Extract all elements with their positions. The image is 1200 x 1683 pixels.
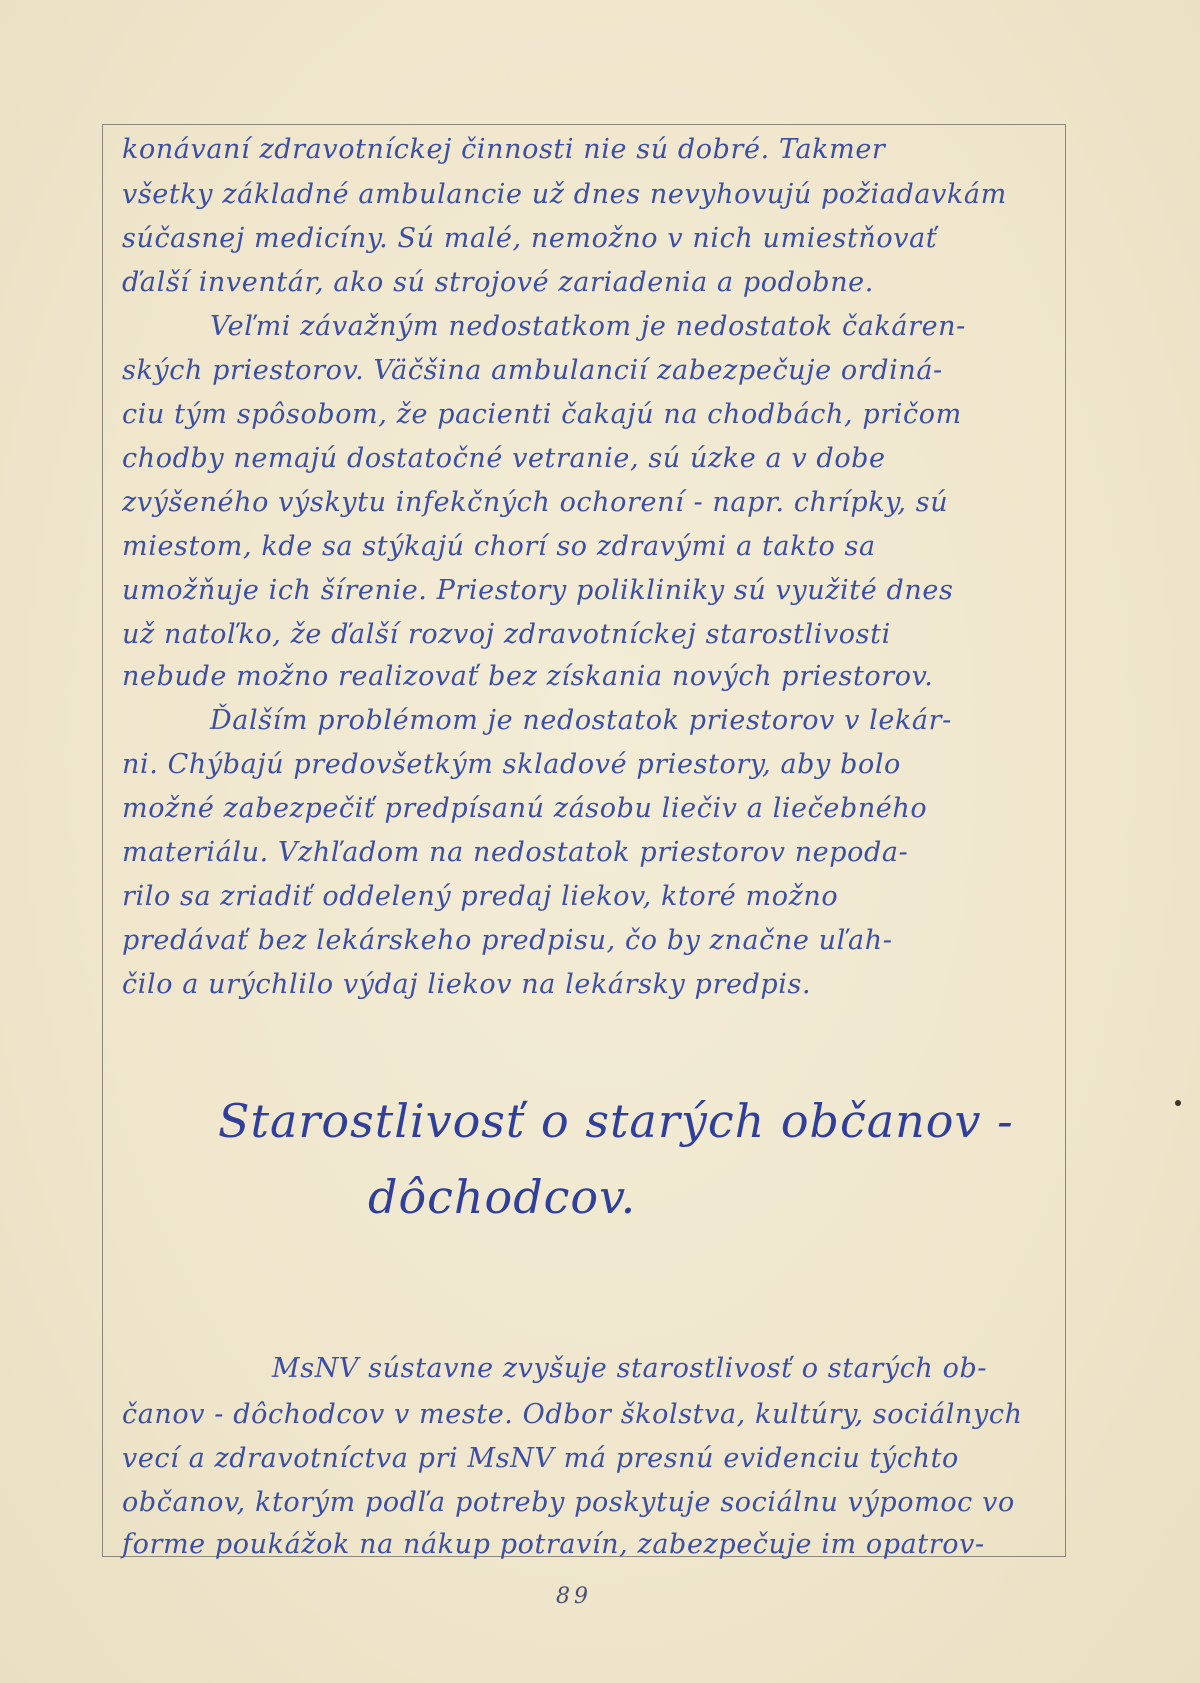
text-line: predávať bez lekárskeho predpisu, čo by … xyxy=(122,924,892,958)
text-line: zvýšeného výskytu infekčných ochorení - … xyxy=(122,486,948,520)
text-line: ďalší inventár, ako sú strojové zariaden… xyxy=(122,266,874,300)
text-line: čilo a urýchlilo výdaj liekov na lekársk… xyxy=(122,968,811,1002)
paragraph-start-line: MsNV sústavne zvyšuje starostlivosť o st… xyxy=(272,1352,987,1386)
text-line: konávaní zdravotníckej činnosti nie sú d… xyxy=(122,133,885,167)
text-line: umožňuje ich šírenie. Priestory poliklin… xyxy=(122,574,953,608)
paragraph-start-line: Ďalším problémom je nedostatok priestoro… xyxy=(210,704,952,738)
section-heading-line-2: dôchodcov. xyxy=(368,1170,636,1224)
page-number: 89 xyxy=(556,1584,592,1609)
text-line: nebude možno realizovať bez získania nov… xyxy=(122,660,933,694)
text-line: vecí a zdravotníctva pri MsNV má presnú … xyxy=(122,1442,959,1476)
text-line: ciu tým spôsobom, že pacienti čakajú na … xyxy=(122,398,962,432)
text-line: súčasnej medicíny. Sú malé, nemožno v ni… xyxy=(122,222,937,256)
section-heading-line-1: Starostlivosť o starých občanov - xyxy=(218,1094,1014,1148)
text-line: ni. Chýbajú predovšetkým skladové priest… xyxy=(122,748,901,782)
text-line: materiálu. Vzhľadom na nedostatok priest… xyxy=(122,836,908,870)
text-line: chodby nemajú dostatočné vetranie, sú úz… xyxy=(122,442,886,476)
text-line: občanov, ktorým podľa potreby poskytuje … xyxy=(122,1486,1015,1520)
text-line: forme poukážok na nákup potravín, zabezp… xyxy=(122,1528,985,1562)
text-line: čanov - dôchodcov v meste. Odbor školstv… xyxy=(122,1398,1023,1432)
text-line: miestom, kde sa stýkajú chorí so zdravým… xyxy=(122,530,876,564)
text-line: už natoľko, že ďalší rozvoj zdravotnícke… xyxy=(122,618,891,652)
text-line: všetky základné ambulancie už dnes nevyh… xyxy=(122,178,1007,212)
ink-speck-mark xyxy=(1175,1100,1181,1106)
notebook-page: konávaní zdravotníckej činnosti nie sú d… xyxy=(0,0,1200,1683)
text-line: možné zabezpečiť predpísanú zásobu lieči… xyxy=(122,792,927,826)
text-line: ských priestorov. Väčšina ambulancií zab… xyxy=(122,354,943,388)
paragraph-start-line: Veľmi závažným nedostatkom je nedostatok… xyxy=(210,310,966,344)
text-line: rilo sa zriadiť oddelený predaj liekov, … xyxy=(122,880,838,914)
